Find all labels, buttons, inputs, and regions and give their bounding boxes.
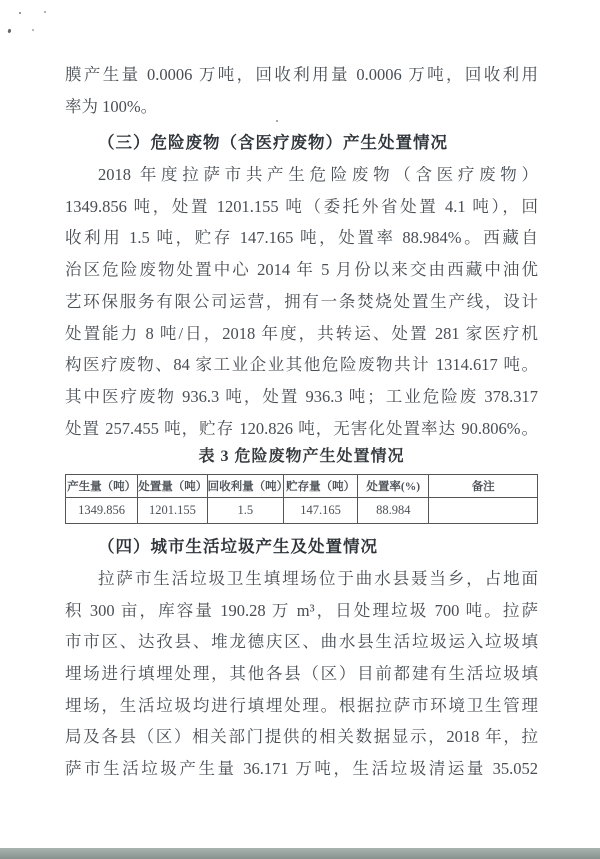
body-line: 拉萨市生活垃圾卫生填埋场位于曲水县聂当乡，占地面 [65, 563, 538, 595]
scan-speck [44, 11, 46, 13]
body-line: 收利用 1.5 吨，贮存 147.165 吨，处置率 88.984%。西藏自 [65, 222, 538, 254]
scan-speck [19, 12, 21, 14]
cell-recycle: 1.5 [207, 498, 283, 524]
cell-production: 1349.856 [66, 498, 138, 524]
body-line: 积 300 亩，库容量 190.28 万 m³，日处理垃圾 700 吨。拉萨 [65, 595, 538, 627]
body-line: 萨市生活垃圾产生量 36.171 万吨，生活垃圾清运量 35.052 [65, 753, 538, 785]
table-caption: 表 3 危险废物产生处置情况 [65, 444, 538, 470]
body-line: 2018 年度拉萨市共产生危险废物（含医疗废物） [65, 159, 538, 191]
body-line: 处置能力 8 吨/日，2018 年度，共转运、处置 281 家医疗机 [65, 318, 538, 350]
page-content: 膜产生量 0.0006 万吨，回收利用量 0.0006 万吨，回收利用 率为 1… [65, 59, 538, 785]
col-header-storage: 贮存量（吨） [284, 475, 358, 498]
table-header-row: 产生量（吨） 处置量（吨） 回收利量（吨） 贮存量（吨） 处置率(%) 备注 [66, 475, 538, 498]
body-line: 其中医疗废物 936.3 吨，处置 936.3 吨；工业危险废 378.317 [65, 381, 538, 413]
cell-disposal: 1201.155 [138, 498, 207, 524]
body-line: 处置 257.455 吨，贮存 120.826 吨，无害化处置率达 90.806… [65, 413, 538, 445]
cell-storage: 147.165 [284, 498, 358, 524]
body-line: 1349.856 吨，处置 1201.155 吨（委托外省处置 4.1 吨），回 [65, 191, 538, 223]
body-line: 率为 100%。 [65, 91, 538, 123]
cell-remark [429, 498, 538, 524]
table-row: 1349.856 1201.155 1.5 147.165 88.984 [66, 498, 538, 524]
body-line: 市市区、达孜县、堆龙德庆区、曲水县生活垃圾运入垃圾填 [65, 626, 538, 658]
body-line: 构医疗废物、84 家工业企业其他危险废物共计 1314.617 吨。 [65, 349, 538, 381]
col-header-production: 产生量（吨） [66, 475, 138, 498]
section-heading-3: （三）危险废物（含医疗废物）产生处置情况 [65, 127, 538, 159]
section-heading-4: （四）城市生活垃圾产生及处置情况 [65, 531, 538, 563]
scan-edge-artifact [0, 848, 600, 859]
body-line: 膜产生量 0.0006 万吨，回收利用量 0.0006 万吨，回收利用 [65, 59, 538, 91]
body-line: 埋场，生活垃圾均进行填埋处理。根据拉萨市环境卫生管理 [65, 690, 538, 722]
body-line: 艺环保服务有限公司运营，拥有一条焚烧处置生产线，设计 [65, 286, 538, 318]
body-line: 埋场进行填埋处理，其他各县（区）目前都建有生活垃圾填 [65, 658, 538, 690]
scanned-page: 膜产生量 0.0006 万吨，回收利用量 0.0006 万吨，回收利用 率为 1… [0, 0, 600, 859]
col-header-disposal: 处置量（吨） [138, 475, 207, 498]
col-header-remark: 备注 [429, 475, 538, 498]
hazardous-waste-table: 产生量（吨） 处置量（吨） 回收利量（吨） 贮存量（吨） 处置率(%) 备注 1… [65, 474, 538, 524]
scan-speck [7, 29, 11, 34]
scan-speck [32, 29, 34, 31]
body-line: 治区危险废物处置中心 2014 年 5 月份以来交由西藏中油优 [65, 254, 538, 286]
col-header-recycle: 回收利量（吨） [207, 475, 283, 498]
body-line: 局及各县（区）相关部门提供的相关数据显示，2018 年，拉 [65, 721, 538, 753]
col-header-rate: 处置率(%) [358, 475, 429, 498]
cell-rate: 88.984 [358, 498, 429, 524]
